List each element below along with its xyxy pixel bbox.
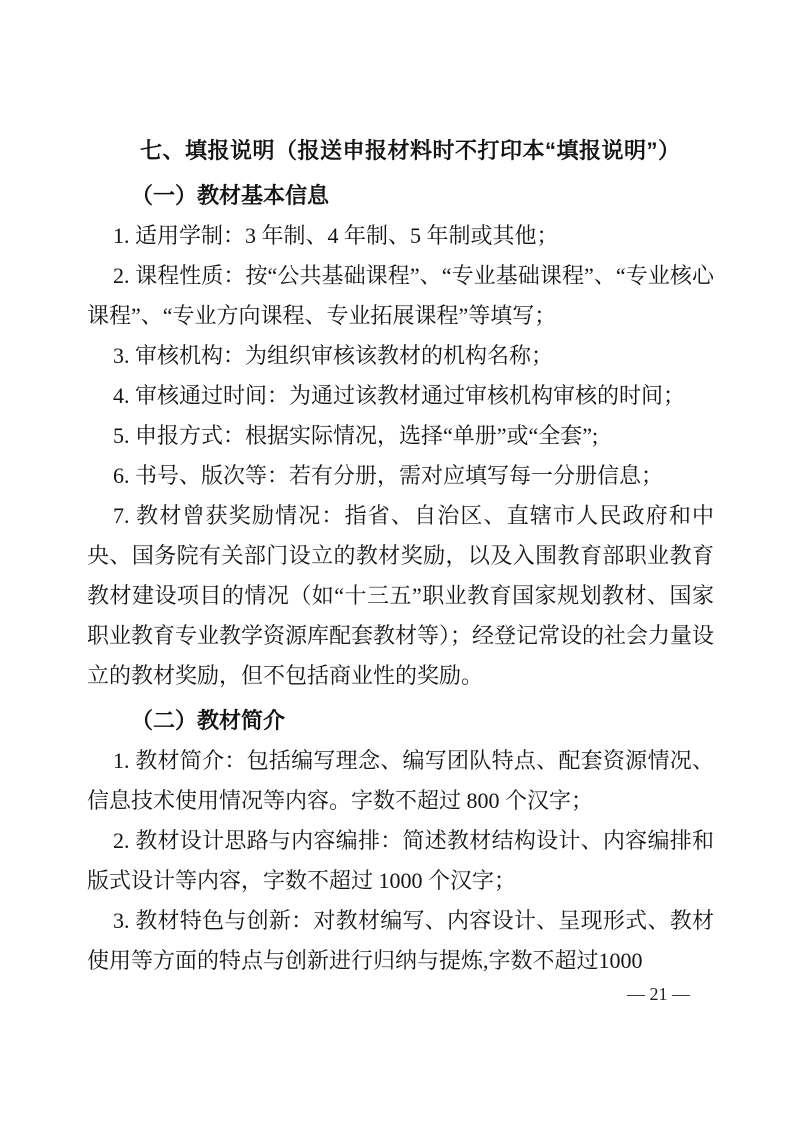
document-body: 七、填报说明（报送申报材料时不打印本“填报说明”） （一）教材基本信息 1. 适… bbox=[87, 131, 714, 981]
paragraph-item-8: 1. 教材简介：包括编写理念、编写团队特点、配套资源情况、信息技术使用情况等内容… bbox=[87, 741, 714, 821]
paragraph-item-5: 5. 申报方式：根据实际情况，选择“单册”或“全套”; bbox=[87, 416, 714, 456]
paragraph-item-2: 2. 课程性质：按“公共基础课程”、“专业基础课程”、“专业核心课程”、“专业方… bbox=[87, 256, 714, 336]
subsection-heading-2: （二）教材简介 bbox=[87, 701, 714, 741]
section-title: 七、填报说明（报送申报材料时不打印本“填报说明”） bbox=[87, 131, 714, 171]
paragraph-item-1: 1. 适用学制：3 年制、4 年制、5 年制或其他； bbox=[87, 216, 714, 256]
paragraph-item-3: 3. 审核机构：为组织审核该教材的机构名称； bbox=[87, 336, 714, 376]
paragraph-item-10: 3. 教材特色与创新：对教材编写、内容设计、呈现形式、教材使用等方面的特点与创新… bbox=[87, 901, 714, 981]
paragraph-item-4: 4. 审核通过时间：为通过该教材通过审核机构审核的时间； bbox=[87, 376, 714, 416]
paragraph-item-9: 2. 教材设计思路与内容编排：简述教材结构设计、内容编排和版式设计等内容，字数不… bbox=[87, 821, 714, 901]
document-page: 七、填报说明（报送申报材料时不打印本“填报说明”） （一）教材基本信息 1. 适… bbox=[0, 0, 793, 1122]
paragraph-item-6: 6. 书号、版次等：若有分册，需对应填写每一分册信息； bbox=[87, 456, 714, 496]
subsection-heading-1: （一）教材基本信息 bbox=[87, 176, 714, 216]
paragraph-item-7: 7. 教材曾获奖励情况：指省、自治区、直辖市人民政府和中央、国务院有关部门设立的… bbox=[87, 496, 714, 696]
page-number: — 21 — bbox=[627, 982, 690, 1006]
